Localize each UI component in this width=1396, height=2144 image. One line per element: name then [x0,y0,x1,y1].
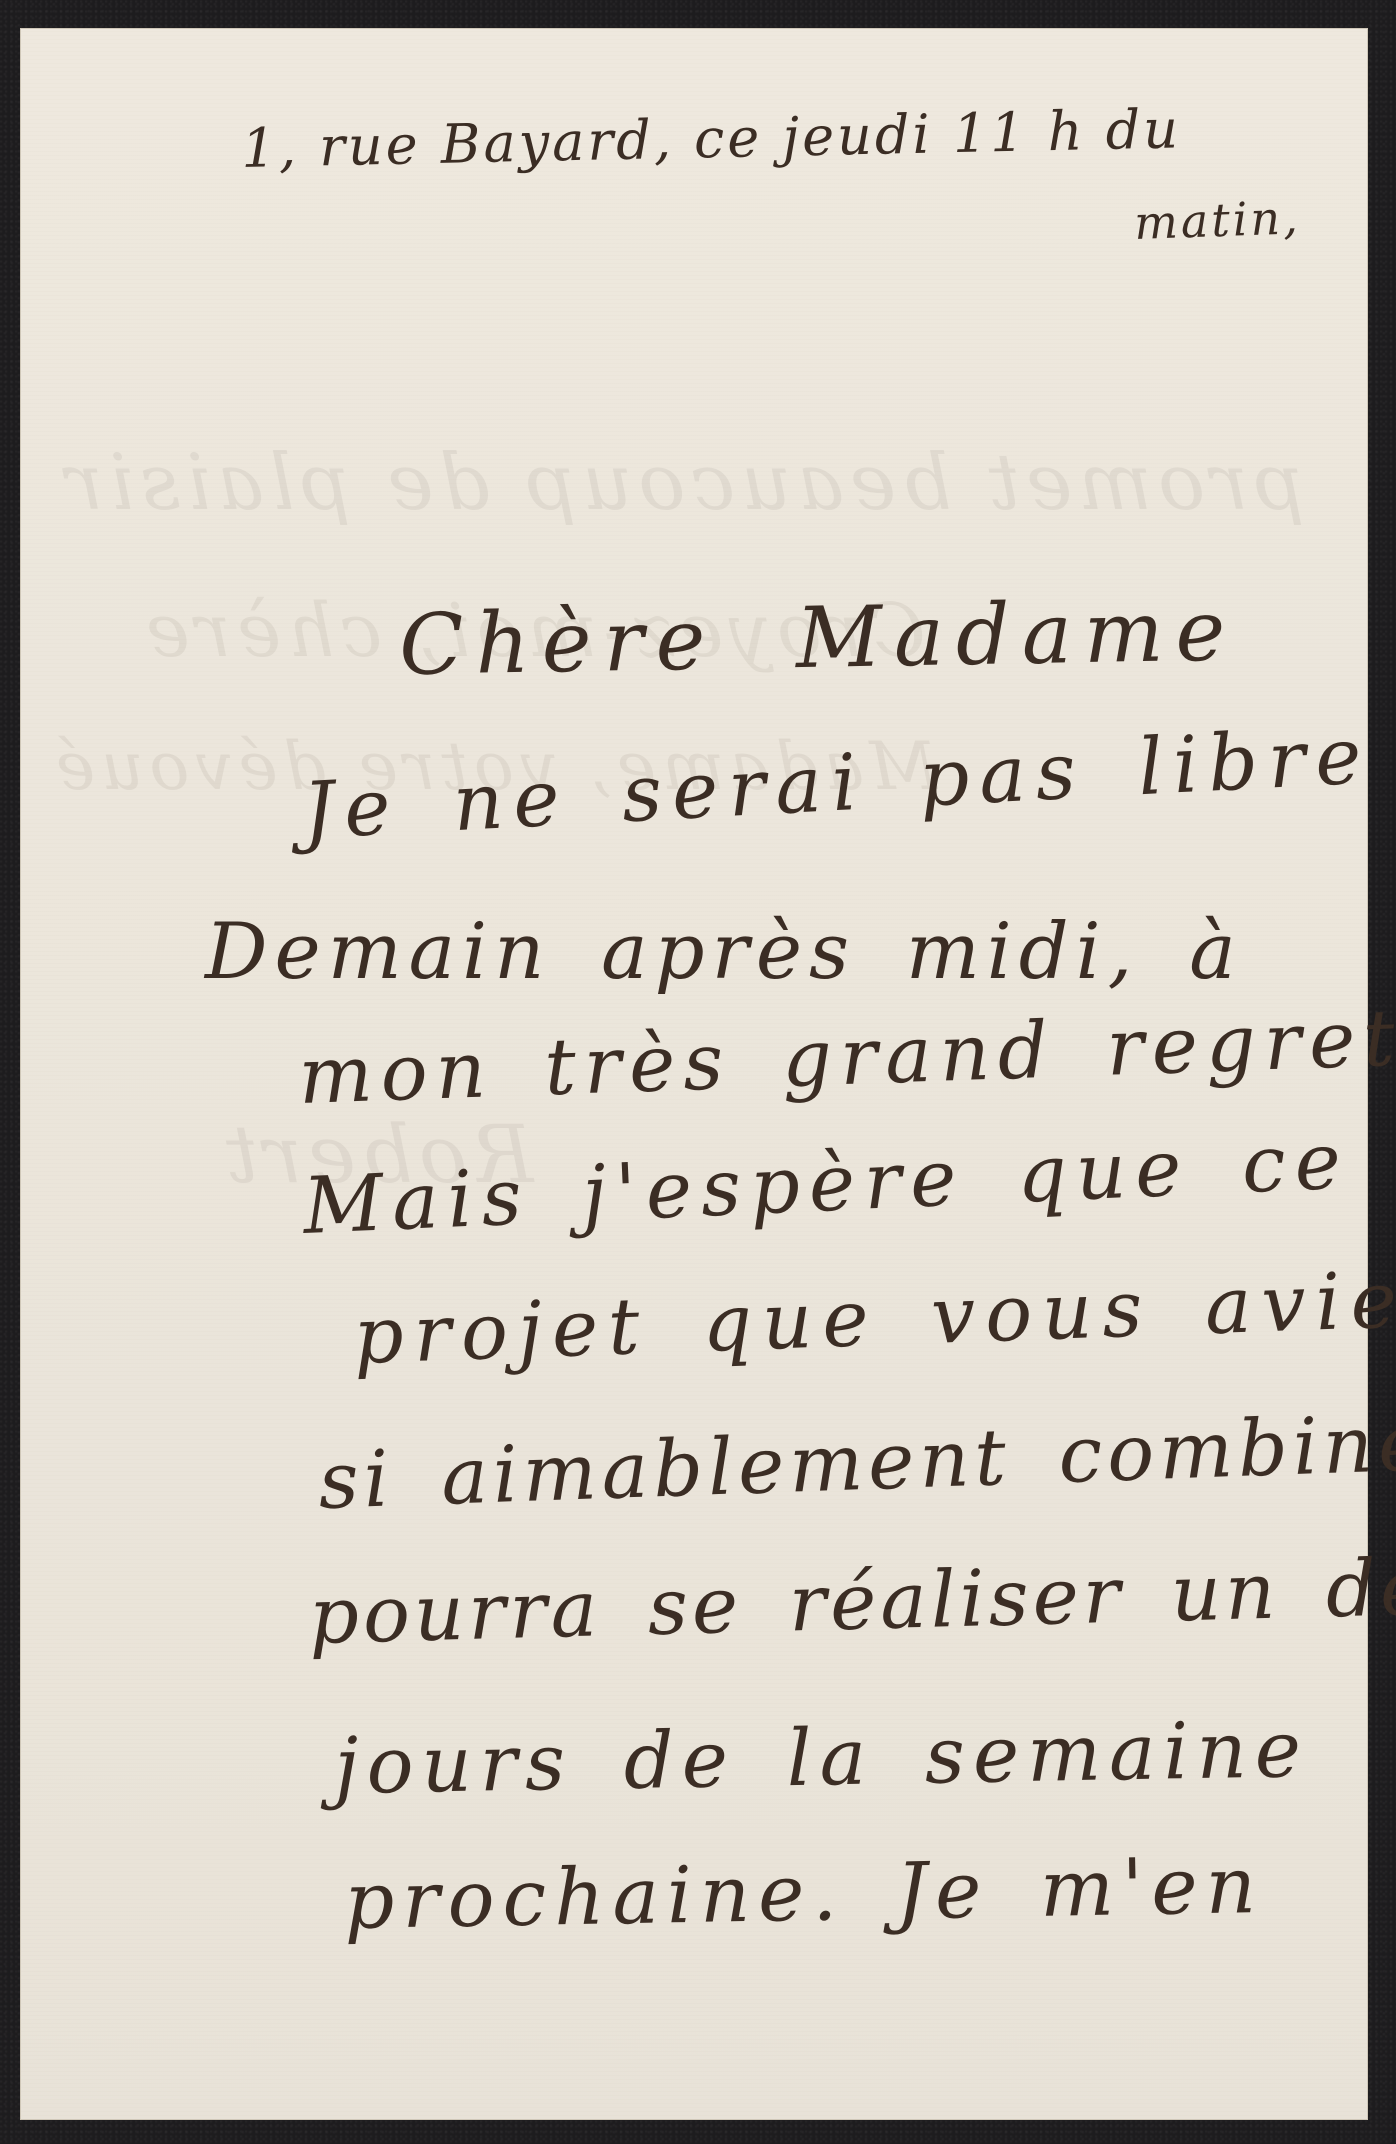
letter-body-line: jours de la semaine [334,1711,1310,1806]
letter-body-line: pourra se réaliser un des [308,1548,1396,1656]
letter-page: promet beaucoup de plaisir Croyez-moi, c… [20,28,1368,2120]
letter-body-line: prochaine. Je m'en [344,1847,1265,1941]
letter-salutation: Chère Madame [399,588,1238,687]
letter-body-line: si aimablement combiné [317,1404,1396,1521]
letter-header-time: matin, [1133,194,1301,246]
letter-body-line: projet que vous aviez [352,1259,1396,1376]
letter-header-address-date: 1, rue Bayard, ce jeudi 11 h du [241,102,1182,176]
letter-body-line: mon très grand regret. [297,998,1396,1116]
letter-body-line: Demain après midi, à [205,913,1243,991]
bleed-through-line: promet beaucoup de plaisir [60,438,1304,528]
